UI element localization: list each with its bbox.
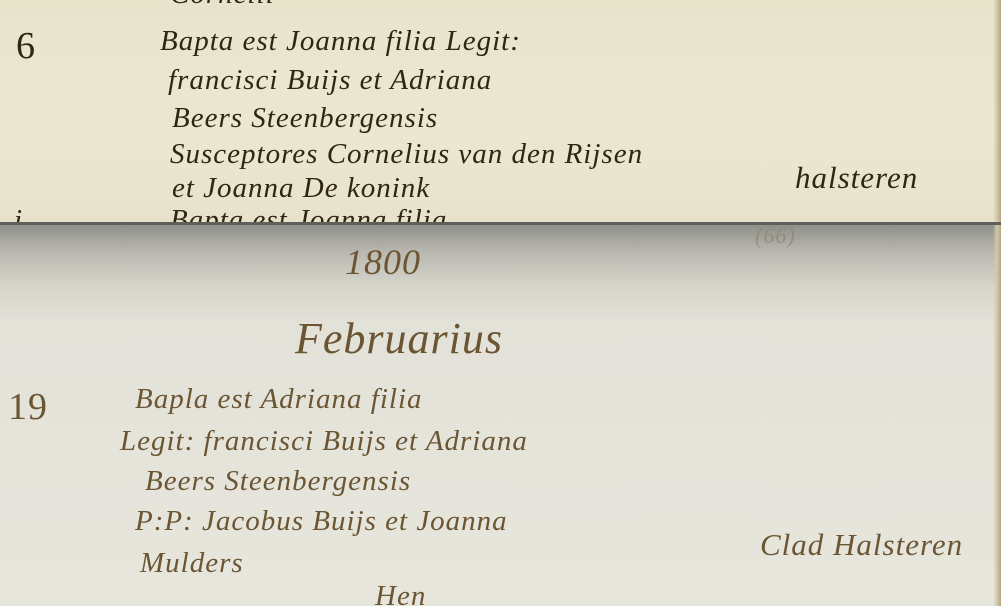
record-line-5: et Joanna De konink [172,172,430,205]
record-line-3: Beers Steenbergensis [145,465,411,498]
record-line-5: Mulders [140,547,244,580]
record-line-3: Beers Steenbergensis [172,102,438,135]
next-entry-number-fragment: i [14,204,23,223]
page-edge [993,0,1001,223]
top-register-fragment: Cornelii 6 Bapta est Joanna filia Legit:… [0,0,1001,223]
trailing-fragment: Hen [375,580,426,606]
place-note: Clad Halsteren [760,527,963,563]
entry-number: 6 [16,24,36,68]
record-line-6: Bapta est Joanna filia [170,204,447,223]
record-line-1-text: Bapta est Joanna filia Legit: [160,25,521,57]
month-heading: Februarius [295,313,503,364]
place-note: halsteren [795,160,918,196]
bottom-register-fragment: (66) 1800 Februarius 19 Bapla est Adrian… [0,225,1001,606]
record-line-1: Bapta est Joanna filia Legit: [160,25,521,58]
fragment-divider [0,222,1001,225]
year-heading: 1800 [345,241,421,283]
page-edge [993,225,1001,606]
record-line-4: Susceptores Cornelius van den Rijsen [170,138,643,171]
record-line-2: Legit: francisci Buijs et Adriana [120,425,528,458]
page-number: (66) [755,225,796,249]
record-line-1: Bapla est Adriana filia [135,383,423,416]
entry-number: 19 [8,385,48,429]
record-line-2: francisci Buijs et Adriana [168,64,492,97]
record-line-4: P:P: Jacobus Buijs et Joanna [135,505,508,538]
partial-header-text: Cornelii [170,0,275,11]
